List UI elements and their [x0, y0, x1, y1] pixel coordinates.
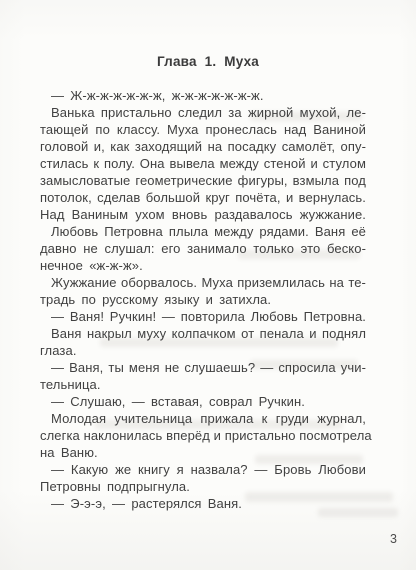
text-line: Ванька пристально следил за жирной мухой…: [40, 104, 366, 121]
text-line: замысловатые геометрические фигуры, взмы…: [40, 172, 366, 189]
text-line: — Ж-ж-ж-ж-ж-ж-ж, ж-ж-ж-ж-ж-ж-ж.: [40, 87, 366, 104]
text-line: нечное «ж-ж-ж».: [40, 257, 366, 274]
text-block: — Ж-ж-ж-ж-ж-ж-ж, ж-ж-ж-ж-ж-ж-ж.Ванька пр…: [40, 87, 366, 512]
text-line: Над Ваниным ухом вновь раздавалось жужжа…: [40, 206, 366, 223]
text-line: традь по русскому языку и затихла.: [40, 291, 366, 308]
text-line: на Ваню.: [40, 444, 366, 461]
text-line: головой и, как заходящий на посадку само…: [40, 138, 366, 155]
text-line: давно не слушал: его занимало только это…: [40, 240, 366, 257]
text-line: — Слушаю, — вставая, соврал Ручкин.: [40, 393, 366, 410]
text-line: Любовь Петровна плыла между рядами. Ваня…: [40, 223, 366, 240]
text-line: потолок, сделав большой круг почёта, и в…: [40, 189, 366, 206]
text-line: Петровны подпрыгнула.: [40, 478, 366, 495]
text-line: тельница.: [40, 376, 366, 393]
text-line: Жужжание оборвалось. Муха приземлилась н…: [40, 274, 366, 291]
page-number: 3: [390, 531, 397, 548]
text-line: — Ваня! Ручкин! — повторила Любовь Петро…: [40, 308, 366, 325]
text-line: — Ваня, ты меня не слушаешь? — спросила …: [40, 359, 366, 376]
book-page: Глава 1. Муха — Ж-ж-ж-ж-ж-ж-ж, ж-ж-ж-ж-ж…: [0, 0, 416, 570]
text-line: Молодая учительница прижала к груди журн…: [40, 410, 366, 427]
text-line: — Какую же книгу я назвала? — Бровь Любо…: [40, 461, 366, 478]
text-line: глаза.: [40, 342, 366, 359]
text-line: слегка наклонилась вперёд и пристально п…: [40, 427, 366, 444]
text-line: стилась к полу. Она вывела между стеной …: [40, 155, 366, 172]
chapter-title: Глава 1. Муха: [0, 53, 416, 71]
text-line: тающей по классу. Муха пронеслась над Ва…: [40, 121, 366, 138]
text-line: Ваня накрыл муху колпачком от пенала и п…: [40, 325, 366, 342]
text-line: — Э-э-э, — растерялся Ваня.: [40, 495, 366, 512]
